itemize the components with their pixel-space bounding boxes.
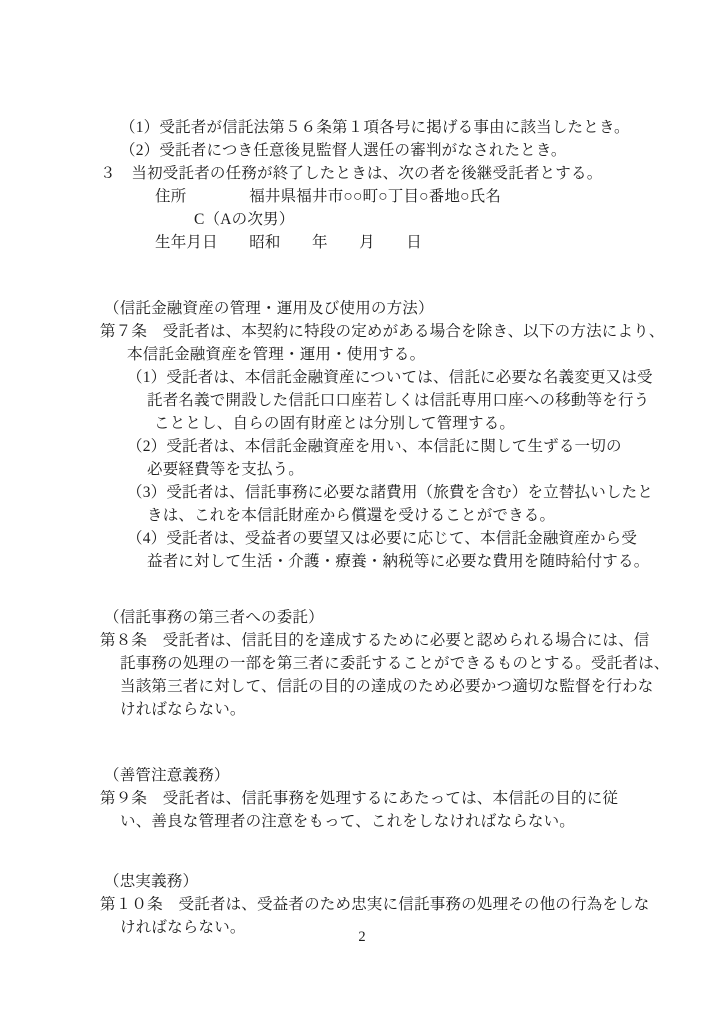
doc-line: （1）受託者は、本信託金融資産については、信託に必要な名義変更又は受 — [100, 366, 626, 389]
section-successor-trustee: （1）受託者が信託法第５６条第１項各号に掲げる事由に該当したとき。 （2）受託者… — [100, 116, 626, 254]
doc-line: （2）受託者は、本信託金融資産を用い、本信託に関して生ずる一切の — [100, 435, 626, 458]
doc-line: 本信託金融資産を管理・運用・使用する。 — [100, 343, 626, 366]
doc-line: 第８条 受託者は、信託目的を達成するために必要と認められる場合には、信 — [100, 629, 626, 652]
doc-line: 必要経費等を支払う。 — [100, 458, 626, 481]
doc-line: ３ 当初受託者の任務が終了したときは、次の者を後継受託者とする。 — [100, 162, 626, 185]
doc-line-successor-name: C（Aの次男） — [100, 208, 626, 231]
doc-line: （3）受託者は、信託事務に必要な諸費用（旅費を含む）を立替払いしたと — [100, 481, 626, 504]
doc-line: ければならない。 — [100, 698, 626, 721]
doc-line: 第７条 受託者は、本契約に特段の定めがある場合を除き、以下の方法により、 — [100, 320, 626, 343]
doc-line: 託者名義で開設した信託口口座若しくは信託専用口座への移動等を行う — [100, 389, 626, 412]
section-heading: （善管注意義務） — [100, 764, 626, 787]
document-content: （1）受託者が信託法第５６条第１項各号に掲げる事由に該当したとき。 （2）受託者… — [100, 116, 626, 939]
doc-line-birthdate: 生年月日 昭和 年 月 日 — [100, 231, 626, 254]
doc-line: （4）受託者は、受益者の要望又は必要に応じて、本信託金融資産から受 — [100, 527, 626, 550]
section-heading: （信託事務の第三者への委託） — [100, 606, 626, 629]
doc-line: （2）受託者につき任意後見監督人選任の審判がなされたとき。 — [100, 139, 626, 162]
page-number: 2 — [0, 926, 724, 949]
doc-line: 第１０条 受託者は、受益者のため忠実に信託事務の処理その他の行為をしな — [100, 893, 626, 916]
doc-line: 第９条 受託者は、信託事務を処理するにあたっては、本信託の目的に従 — [100, 787, 626, 810]
section-article-9: （善管注意義務） 第９条 受託者は、信託事務を処理するにあたっては、本信託の目的… — [100, 764, 626, 833]
section-heading: （信託金融資産の管理・運用及び使用の方法） — [100, 297, 626, 320]
document-page: （1）受託者が信託法第５６条第１項各号に掲げる事由に該当したとき。 （2）受託者… — [0, 0, 724, 1024]
doc-line-address: 住所 福井県福井市○○町○丁目○番地○氏名 — [100, 185, 626, 208]
doc-line: い、善良な管理者の注意をもって、これをしなければならない。 — [100, 810, 626, 833]
doc-line: 当該第三者に対して、信託の目的の達成のため必要かつ適切な監督を行わな — [100, 675, 626, 698]
doc-line: きは、これを本信託財産から償還を受けることができる。 — [100, 504, 626, 527]
section-article-8: （信託事務の第三者への委託） 第８条 受託者は、信託目的を達成するために必要と認… — [100, 606, 626, 721]
section-article-7: （信託金融資産の管理・運用及び使用の方法） 第７条 受託者は、本契約に特段の定め… — [100, 297, 626, 573]
doc-line: （1）受託者が信託法第５６条第１項各号に掲げる事由に該当したとき。 — [100, 116, 626, 139]
doc-line: 益者に対して生活・介護・療養・納税等に必要な費用を随時給付する。 — [100, 550, 626, 573]
section-heading: （忠実義務） — [100, 870, 626, 893]
doc-line: こととし、自らの固有財産とは分別して管理する。 — [100, 412, 626, 435]
doc-line: 託事務の処理の一部を第三者に委託することができるものとする。受託者は、 — [100, 652, 626, 675]
